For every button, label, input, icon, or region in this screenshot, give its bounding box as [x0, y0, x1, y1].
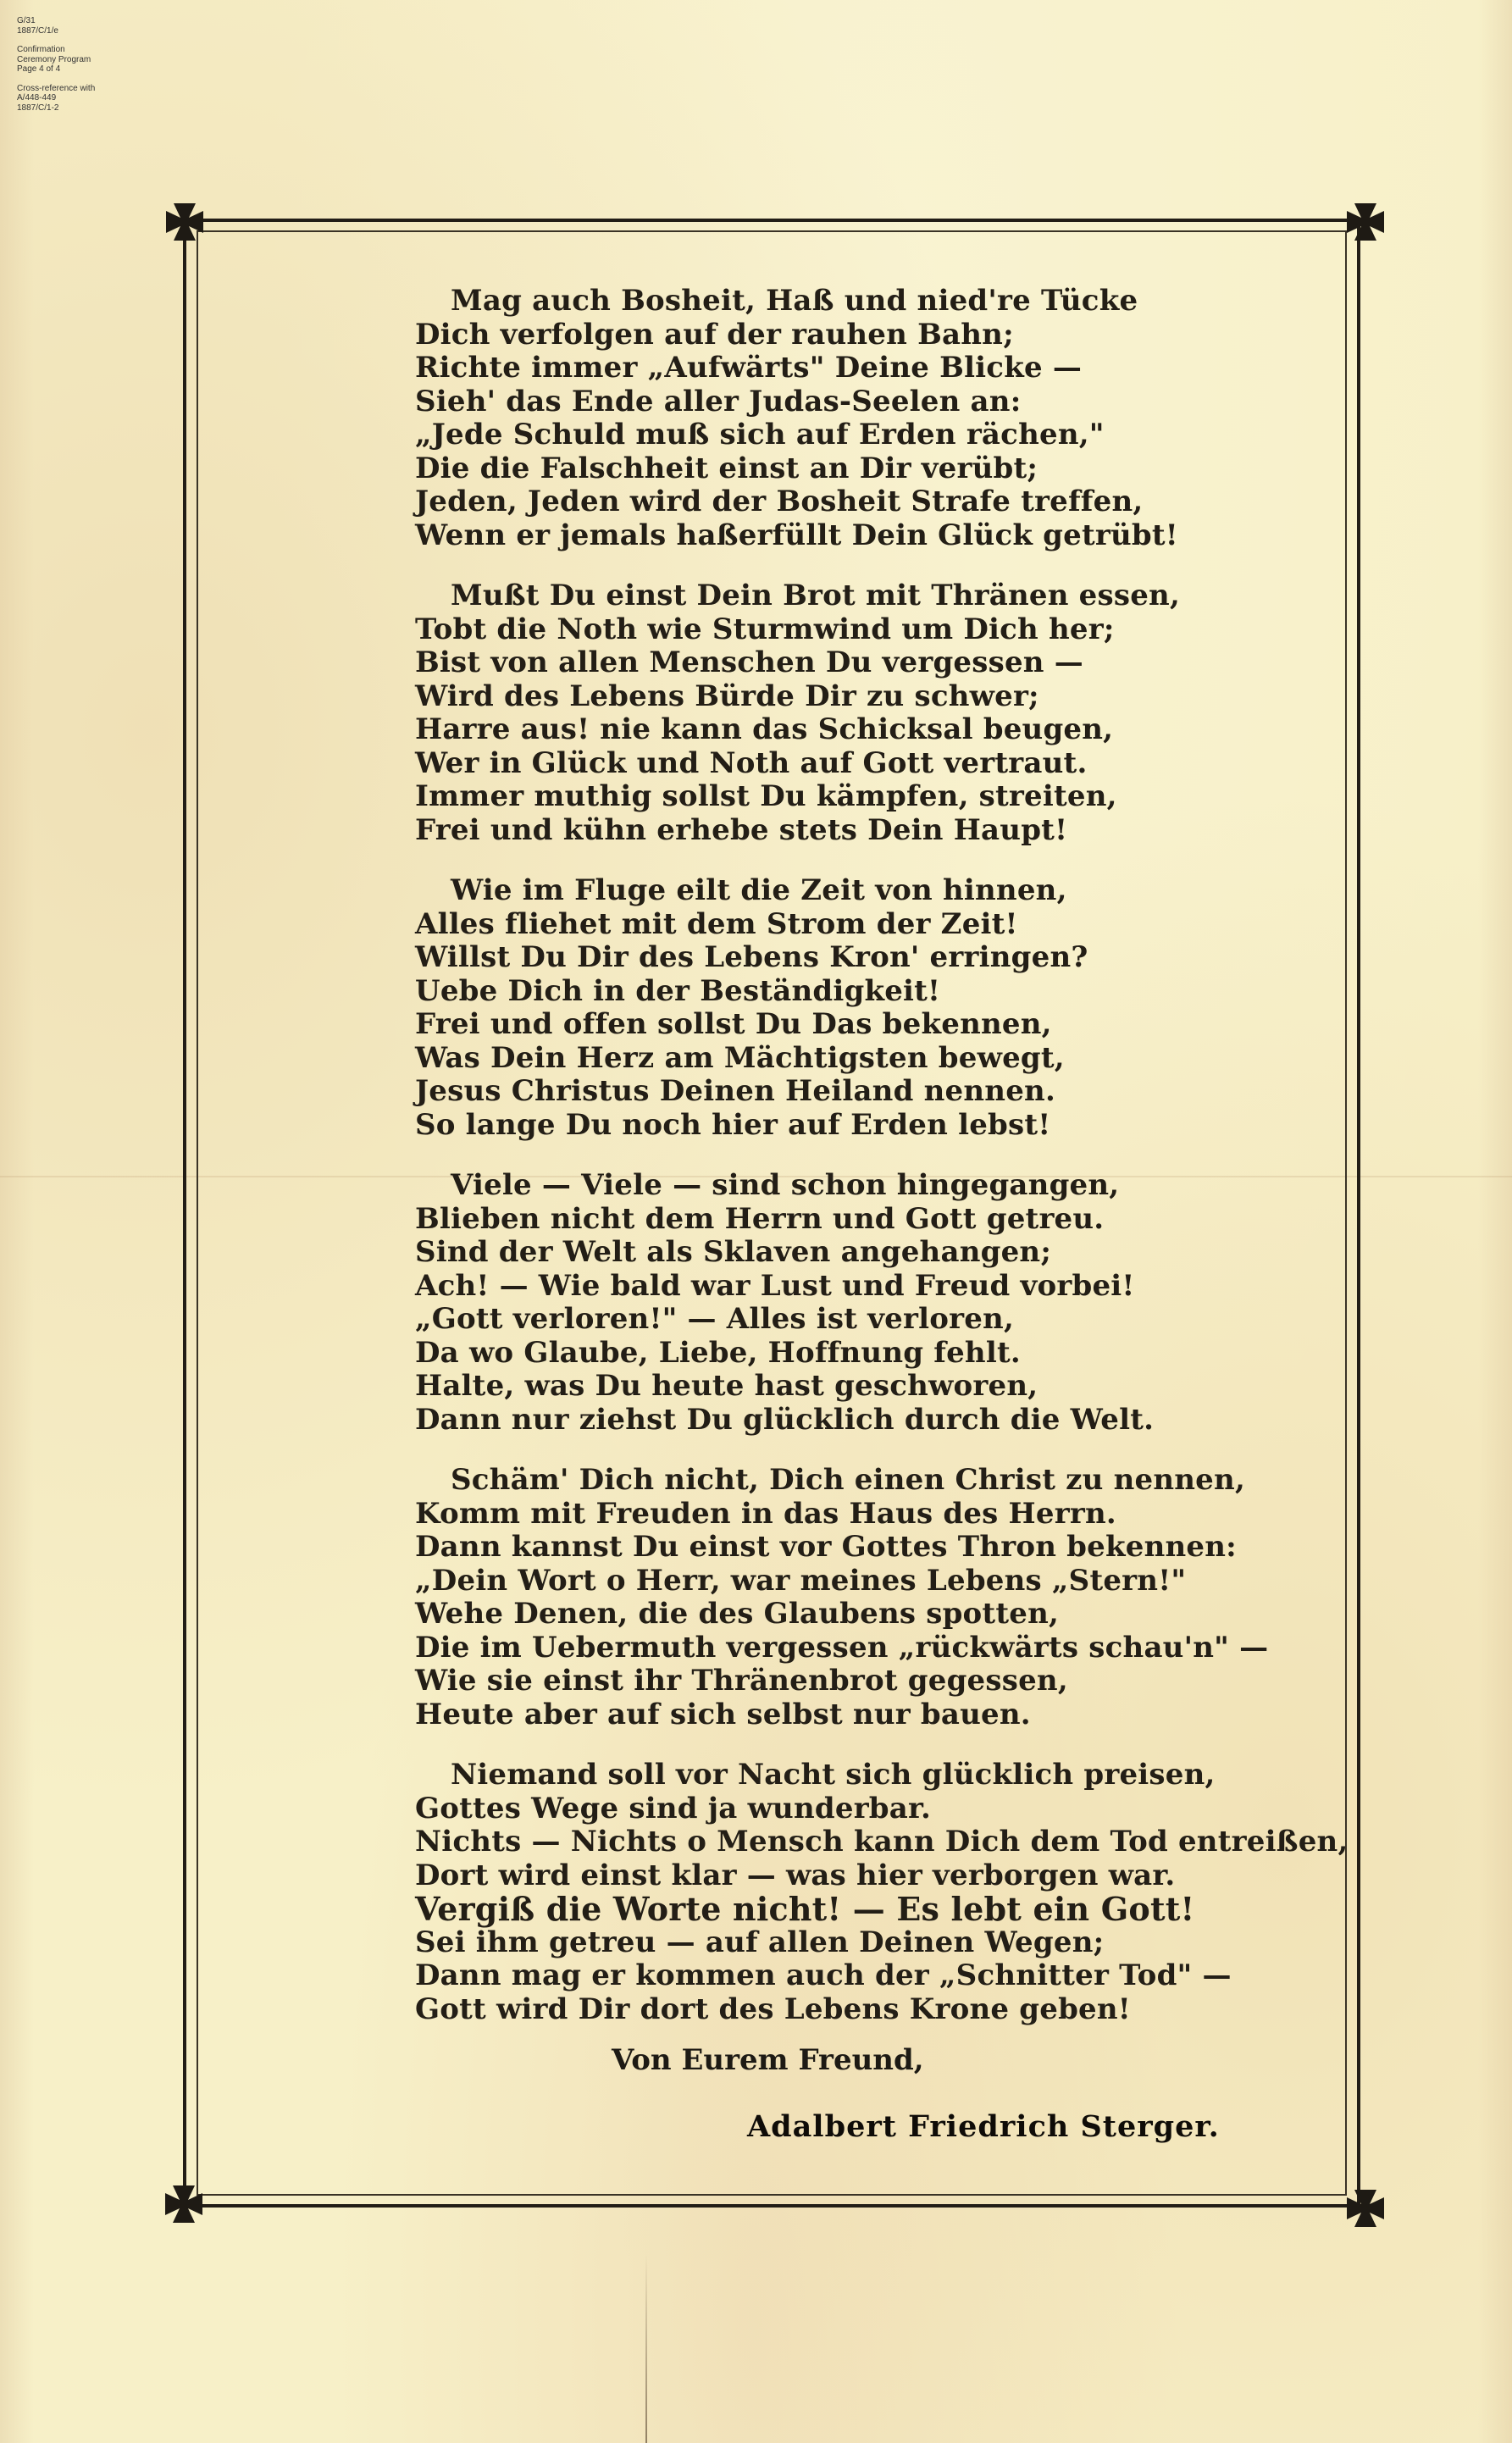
cross-pattee-icon — [163, 2183, 205, 2225]
poem-line: Frei und offen sollst Du Das bekennen, — [415, 1008, 1262, 1042]
poem-line: Komm mit Freuden in das Haus des Herrn. — [415, 1498, 1262, 1532]
poem-line: Wie sie einst ihr Thränenbrot gegessen, — [415, 1665, 1262, 1698]
archive-desc-title: Confirmation — [17, 45, 95, 55]
poem-line: Gottes Wege sind ja wunderbar. — [415, 1792, 1262, 1826]
cross-pattee-icon — [1344, 201, 1387, 243]
stanza-1: Mag auch Bosheit, Haß und nied're Tücke … — [415, 285, 1262, 552]
poem-line: Wehe Denen, die des Glaubens spotten, — [415, 1598, 1262, 1631]
poem-line: Wird des Lebens Bürde Dir zu schwer; — [415, 680, 1262, 714]
archive-page-indicator: Page 4 of 4 — [17, 64, 95, 75]
poem-line: Uebe Dich in der Beständigkeit! — [415, 975, 1262, 1009]
poem-line: Sind der Welt als Sklaven angehangen; — [415, 1236, 1262, 1270]
poem-line: Niemand soll vor Nacht sich glücklich pr… — [415, 1759, 1262, 1792]
stanza-3: Wie im Fluge eilt die Zeit von hinnen, A… — [415, 874, 1262, 1142]
poem-line: Frei und kühn erhebe stets Dein Haupt! — [415, 814, 1262, 848]
poem-line: Jesus Christus Deinen Heiland nennen. — [415, 1075, 1262, 1109]
poem-line: „Dein Wort o Herr, war meines Lebens „St… — [415, 1565, 1262, 1598]
poem-line: „Jede Schuld muß sich auf Erden rächen," — [415, 418, 1262, 452]
poem-line: Harre aus! nie kann das Schicksal beugen… — [415, 713, 1262, 747]
poem-line: So lange Du noch hier auf Erden lebst! — [415, 1109, 1262, 1143]
stanza-4: Viele — Viele — sind schon hingegangen, … — [415, 1169, 1262, 1437]
poem-line: „Gott verloren!" — Alles ist verloren, — [415, 1303, 1262, 1337]
poem-line: Was Dein Herz am Mächtigsten bewegt, — [415, 1042, 1262, 1076]
poem-line: Dann nur ziehst Du glücklich durch die W… — [415, 1404, 1262, 1438]
poem-line: Wenn er jemals haßerfüllt Dein Glück get… — [415, 519, 1262, 553]
poem-line: Viele — Viele — sind schon hingegangen, — [415, 1169, 1262, 1203]
poem-line: Mag auch Bosheit, Haß und nied're Tücke — [415, 285, 1262, 319]
poem-line: Sei ihm getreu — auf allen Deinen Wegen; — [415, 1926, 1262, 1960]
poem-line: Mußt Du einst Dein Brot mit Thränen esse… — [415, 579, 1262, 613]
poem-line: Dort wird einst klar — was hier verborge… — [415, 1859, 1262, 1893]
stanza-2: Mußt Du einst Dein Brot mit Thränen esse… — [415, 579, 1262, 847]
poem-line: Dann kannst Du einst vor Gottes Thron be… — [415, 1531, 1262, 1565]
archive-desc-subtitle: Ceremony Program — [17, 55, 95, 65]
archive-reference-note: G/31 1887/C/1/e Confirmation Ceremony Pr… — [17, 16, 95, 113]
archive-xref-1: A/448-449 — [17, 93, 95, 103]
archive-ref-code: G/31 — [17, 16, 95, 26]
poem-line: Alles fliehet mit dem Strom der Zeit! — [415, 908, 1262, 942]
poem-line: Halte, was Du heute hast geschworen, — [415, 1370, 1262, 1404]
poem-line: Da wo Glaube, Liebe, Hoffnung fehlt. — [415, 1337, 1262, 1371]
archive-xref-label: Cross-reference with — [17, 84, 95, 94]
paper-tear-line — [645, 2253, 647, 2443]
archive-xref-2: 1887/C/1-2 — [17, 103, 95, 114]
closing-salutation: Von Eurem Freund, — [612, 2043, 924, 2077]
cross-pattee-icon — [163, 201, 206, 243]
cross-pattee-icon — [1344, 2187, 1387, 2230]
stanza-5: Schäm' Dich nicht, Dich einen Christ zu … — [415, 1464, 1262, 1731]
poem-line: Heute aber auf sich selbst nur bauen. — [415, 1698, 1262, 1732]
poem-line: Wer in Glück und Noth auf Gott vertraut. — [415, 747, 1262, 781]
poem-line: Nichts — Nichts o Mensch kann Dich dem T… — [415, 1825, 1262, 1859]
poem-line: Wie im Fluge eilt die Zeit von hinnen, — [415, 874, 1262, 908]
poem-line: Blieben nicht dem Herrn und Gott getreu. — [415, 1203, 1262, 1237]
poem-body: Mag auch Bosheit, Haß und nied're Tücke … — [415, 285, 1262, 2053]
poem-line: Gott wird Dir dort des Lebens Krone gebe… — [415, 1993, 1262, 2027]
poem-line: Richte immer „Aufwärts" Deine Blicke — — [415, 352, 1262, 385]
poem-line: Die die Falschheit einst an Dir verübt; — [415, 452, 1262, 486]
poem-line: Schäm' Dich nicht, Dich einen Christ zu … — [415, 1464, 1262, 1498]
poem-line: Jeden, Jeden wird der Bosheit Strafe tre… — [415, 485, 1262, 519]
author-signature: Adalbert Friedrich Sterger. — [747, 2109, 1220, 2144]
poem-line: Tobt die Noth wie Sturmwind um Dich her; — [415, 613, 1262, 647]
poem-line: Ach! — Wie bald war Lust und Freud vorbe… — [415, 1270, 1262, 1304]
archive-ref-number: 1887/C/1/e — [17, 26, 95, 36]
poem-line: Immer muthig sollst Du kämpfen, streiten… — [415, 780, 1262, 814]
poem-line-emphasized: Vergiß die Worte nicht! — Es lebt ein Go… — [415, 1892, 1262, 1926]
poem-line: Dann mag er kommen auch der „Schnitter T… — [415, 1959, 1262, 1993]
poem-line: Die im Uebermuth vergessen „rückwärts sc… — [415, 1631, 1262, 1665]
poem-line: Bist von allen Menschen Du vergessen — — [415, 646, 1262, 680]
stanza-6: Niemand soll vor Nacht sich glücklich pr… — [415, 1759, 1262, 2026]
poem-line: Dich verfolgen auf der rauhen Bahn; — [415, 319, 1262, 352]
poem-line: Sieh' das Ende aller Judas-Seelen an: — [415, 385, 1262, 419]
poem-line: Willst Du Dir des Lebens Kron' erringen? — [415, 941, 1262, 975]
